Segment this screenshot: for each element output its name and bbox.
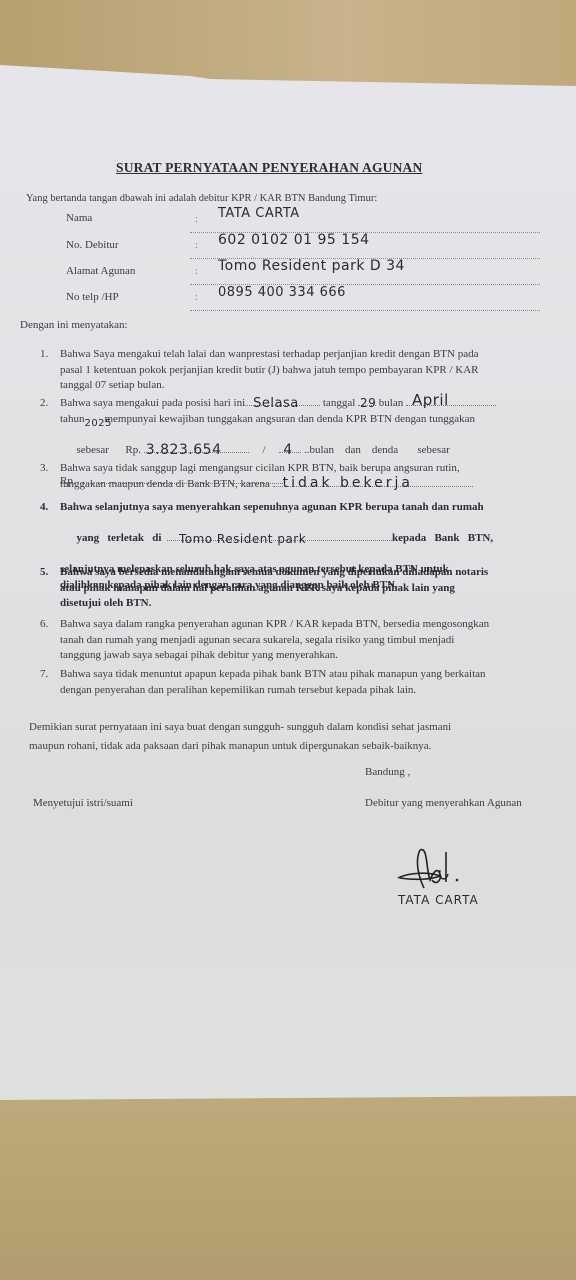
item-line: tanggal 07 setiap bulan.	[60, 378, 576, 394]
item-text: kepada Bank BTN,	[392, 532, 493, 544]
amount-value: 3.823.654	[146, 443, 222, 459]
field-value-name: TATA CARTA	[218, 206, 300, 221]
colon: :	[195, 240, 198, 251]
location-value: Tomo Resident park	[179, 532, 306, 548]
item-line: Bahwa saya tidak menuntut apapun kepada …	[60, 667, 576, 683]
item-text: tanggal	[323, 397, 355, 409]
location-field: Tomo Resident park	[167, 540, 392, 541]
item-line: dengan penyerahan dan peralihan kepemili…	[60, 683, 576, 699]
reason-field: tidak bekerja	[273, 486, 473, 487]
place-label: Bandung ,	[365, 766, 410, 778]
day-field: Selasa	[245, 405, 320, 406]
field-value-address: Tomo Resident park D 34	[218, 258, 405, 274]
item-line: pasal 1 ketentuan pokok perjanjian kredi…	[60, 363, 576, 379]
item-line: tunggakan maupun denda di Bank BTN, kare…	[60, 477, 576, 493]
signature-name: TATA CARTA	[398, 893, 479, 907]
year-value: 2025	[84, 416, 111, 432]
item-number: 7.	[40, 667, 48, 683]
document-title: SURAT PERNYATAAN PENYERAHAN AGUNAN	[116, 160, 422, 176]
debtor-label: Debitur yang menyerahkan Agunan	[365, 797, 522, 809]
item-number: 1.	[40, 347, 48, 363]
item-text: tahun	[60, 413, 84, 425]
field-value-debtor-no: 602 0102 01 95 154	[218, 232, 370, 248]
colon: :	[195, 214, 198, 225]
colon: :	[195, 292, 198, 303]
statement-item-5: 5. Bahwa saya bersedia menandatangani se…	[60, 565, 576, 612]
statement-label: Dengan ini menyatakan:	[20, 319, 128, 331]
item-line: tahun2025mempunyai kewajiban tunggakan a…	[60, 412, 576, 428]
statement-item-3: 3. Bahwa saya tidak sanggup lagi mengang…	[60, 461, 576, 492]
item-text: bulan	[379, 397, 403, 409]
item-line: Bahwa Saya mengakui telah lalai dan wanp…	[60, 347, 576, 363]
day-value: Selasa	[253, 396, 299, 412]
background-surface-bottom	[0, 1095, 576, 1280]
item-number: 5.	[40, 565, 48, 581]
month-field: April	[406, 405, 496, 406]
item-text: sebesar Rp.	[77, 444, 141, 456]
item-number: 2.	[40, 396, 48, 412]
item-line: Bahwa saya dalam rangka penyerahan aguna…	[60, 617, 576, 633]
field-value-phone: 0895 400 334 666	[218, 285, 346, 300]
item-text: yang terletak di	[77, 532, 162, 544]
intro-text: Yang bertanda tangan dbawah ini adalah d…	[26, 193, 377, 204]
item-text: /	[262, 444, 265, 456]
date-value: 29	[360, 396, 376, 412]
amount-field: 3.823.654	[144, 452, 249, 453]
statement-item-6: 6. Bahwa saya dalam rangka penyerahan ag…	[60, 617, 576, 664]
statement-item-7: 7. Bahwa saya tidak menuntut apapun kepa…	[60, 667, 576, 698]
field-label-address: Alamat Agunan	[66, 265, 135, 277]
item-text: mempunyai kewajiban tunggakan angsuran d…	[104, 413, 475, 425]
field-label-debtor-no: No. Debitur	[66, 239, 119, 251]
spouse-approval-label: Menyetujui istri/suami	[33, 797, 133, 809]
closing-line: Demikian surat pernyataan ini saya buat …	[29, 718, 576, 737]
signature-icon	[390, 840, 510, 900]
item-number: 6.	[40, 617, 48, 633]
item-line: Bahwa selanjutnya saya menyerahkan sepen…	[60, 500, 576, 516]
item-number: 3.	[40, 461, 48, 477]
reason-value: tidak bekerja	[283, 476, 413, 492]
month-value: April	[412, 393, 449, 409]
field-label-name: Nama	[66, 212, 92, 224]
closing-line: maupun rohani, tidak ada paksaan dari pi…	[29, 737, 576, 756]
item-line: Bahwa saya mengakui pada posisi hari ini…	[60, 396, 576, 412]
item-line: atau pihak manapun dalam hal peralihan a…	[60, 581, 576, 597]
field-label-phone: No telp /HP	[66, 291, 119, 303]
date-field: 29	[358, 405, 376, 406]
item-text: ..bulan dan denda sebesar	[304, 444, 450, 456]
months-field: 4	[279, 452, 301, 453]
item-number: 4.	[40, 500, 48, 516]
item-text: tunggakan maupun denda di Bank BTN, kare…	[60, 478, 270, 490]
item-line: tanggung jawab saya sebagai pihak debitu…	[60, 648, 576, 664]
statement-item-1: 1. Bahwa Saya mengakui telah lalai dan w…	[60, 347, 576, 394]
item-line: Bahwa saya bersedia menandatangani semua…	[60, 565, 576, 581]
colon: :	[195, 266, 198, 277]
months-value: 4	[283, 443, 292, 459]
item-line: tanah dan rumah yang menjadi agunan seca…	[60, 633, 576, 649]
item-line: yang terletak di Tomo Resident parkkepad…	[60, 516, 576, 563]
item-line: disetujui oleh BTN.	[60, 596, 576, 612]
item-text: Bahwa saya mengakui pada posisi hari ini	[60, 397, 245, 409]
closing-paragraph: Demikian surat pernyataan ini saya buat …	[29, 718, 576, 756]
